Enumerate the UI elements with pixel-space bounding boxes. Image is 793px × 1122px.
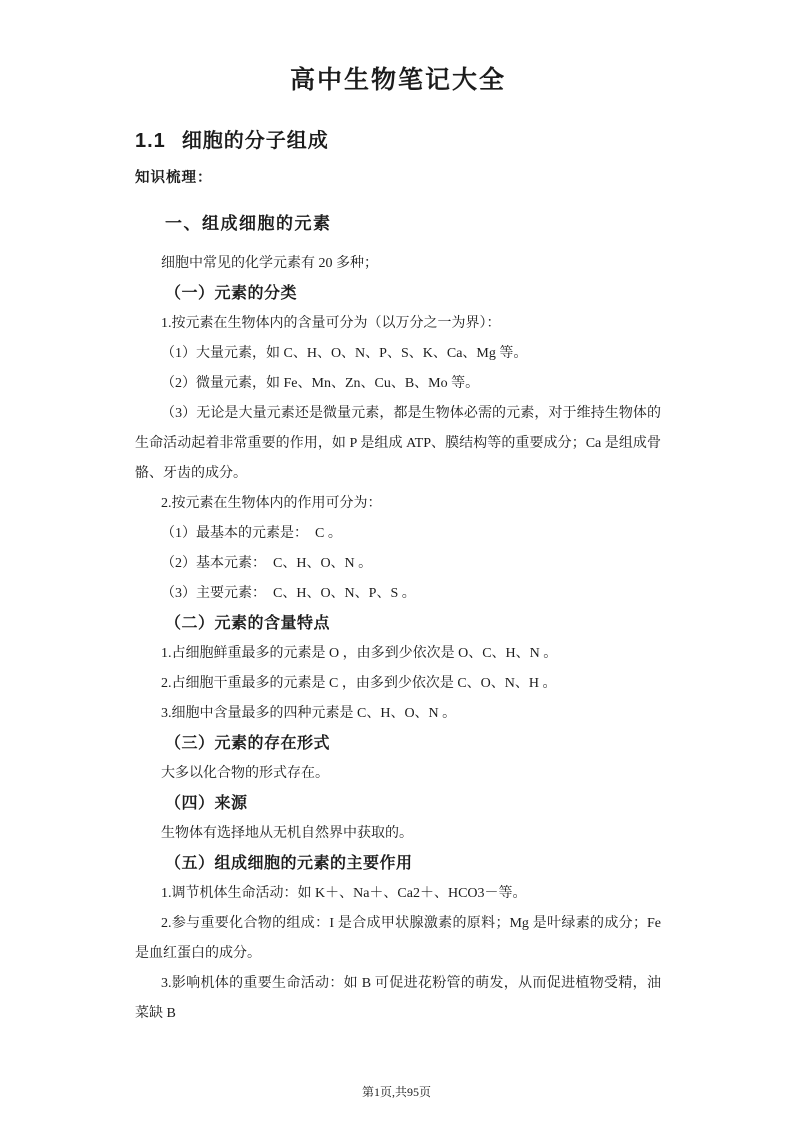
subsection-heading-2: （二）元素的含量特点: [165, 609, 661, 639]
paragraph: 3.影响机体的重要生命活动：如 B 可促进花粉管的萌发，从而促进植物受精，油菜缺…: [135, 969, 661, 1029]
paragraph: 2.占细胞干重最多的元素是 C ，由多到少依次是 C、O、N、H 。: [135, 669, 661, 699]
paragraph: 2.按元素在生物体内的作用可分为：: [135, 489, 661, 519]
subsection-heading-1: （一）元素的分类: [165, 279, 661, 309]
paragraph: 1.占细胞鲜重最多的元素是 O ，由多到少依次是 O、C、H、N 。: [135, 639, 661, 669]
paragraph: 1.按元素在生物体内的含量可分为（以万分之一为界）：: [135, 309, 661, 339]
paragraph: 1.调节机体生命活动：如 K＋、Na＋、Ca2＋、HCO3－等。: [135, 879, 661, 909]
paragraph: （1）最基本的元素是： C 。: [135, 519, 661, 549]
section-title: 细胞的分子组成: [182, 130, 329, 152]
knowledge-review-label: 知识梳理：: [135, 166, 661, 190]
paragraph: （3）无论是大量元素还是微量元素，都是生物体必需的元素，对于维持生物体的生命活动…: [135, 399, 661, 489]
section-heading: 1.1细胞的分子组成: [135, 126, 661, 156]
paragraph: 3.细胞中含量最多的四种元素是 C、H、O、N 。: [135, 699, 661, 729]
document-page: 高中生物笔记大全 1.1细胞的分子组成 知识梳理： 一、组成细胞的元素 细胞中常…: [0, 0, 793, 1122]
paragraph: （3）主要元素： C、H、O、N、P、S 。: [135, 579, 661, 609]
paragraph: （2）基本元素： C、H、O、N 。: [135, 549, 661, 579]
subsection-heading-4: （四）来源: [165, 789, 661, 819]
paragraph-intro: 细胞中常见的化学元素有 20 多种；: [135, 249, 661, 279]
section-number: 1.1: [135, 130, 166, 152]
paragraph: 大多以化合物的形式存在。: [135, 759, 661, 789]
chapter-heading: 一、组成细胞的元素: [165, 208, 661, 240]
subsection-heading-3: （三）元素的存在形式: [165, 729, 661, 759]
paragraph: 生物体有选择地从无机自然界中获取的。: [135, 819, 661, 849]
subsection-heading-5: （五）组成细胞的元素的主要作用: [165, 849, 661, 879]
document-title: 高中生物笔记大全: [135, 62, 661, 98]
paragraph: （1）大量元素，如 C、H、O、N、P、S、K、Ca、Mg 等。: [135, 339, 661, 369]
page-number: 第1页,共95页: [0, 1083, 793, 1100]
paragraph: （2）微量元素，如 Fe、Mn、Zn、Cu、B、Mo 等。: [135, 369, 661, 399]
paragraph: 2.参与重要化合物的组成：I 是合成甲状腺激素的原料；Mg 是叶绿素的成分；Fe…: [135, 909, 661, 969]
